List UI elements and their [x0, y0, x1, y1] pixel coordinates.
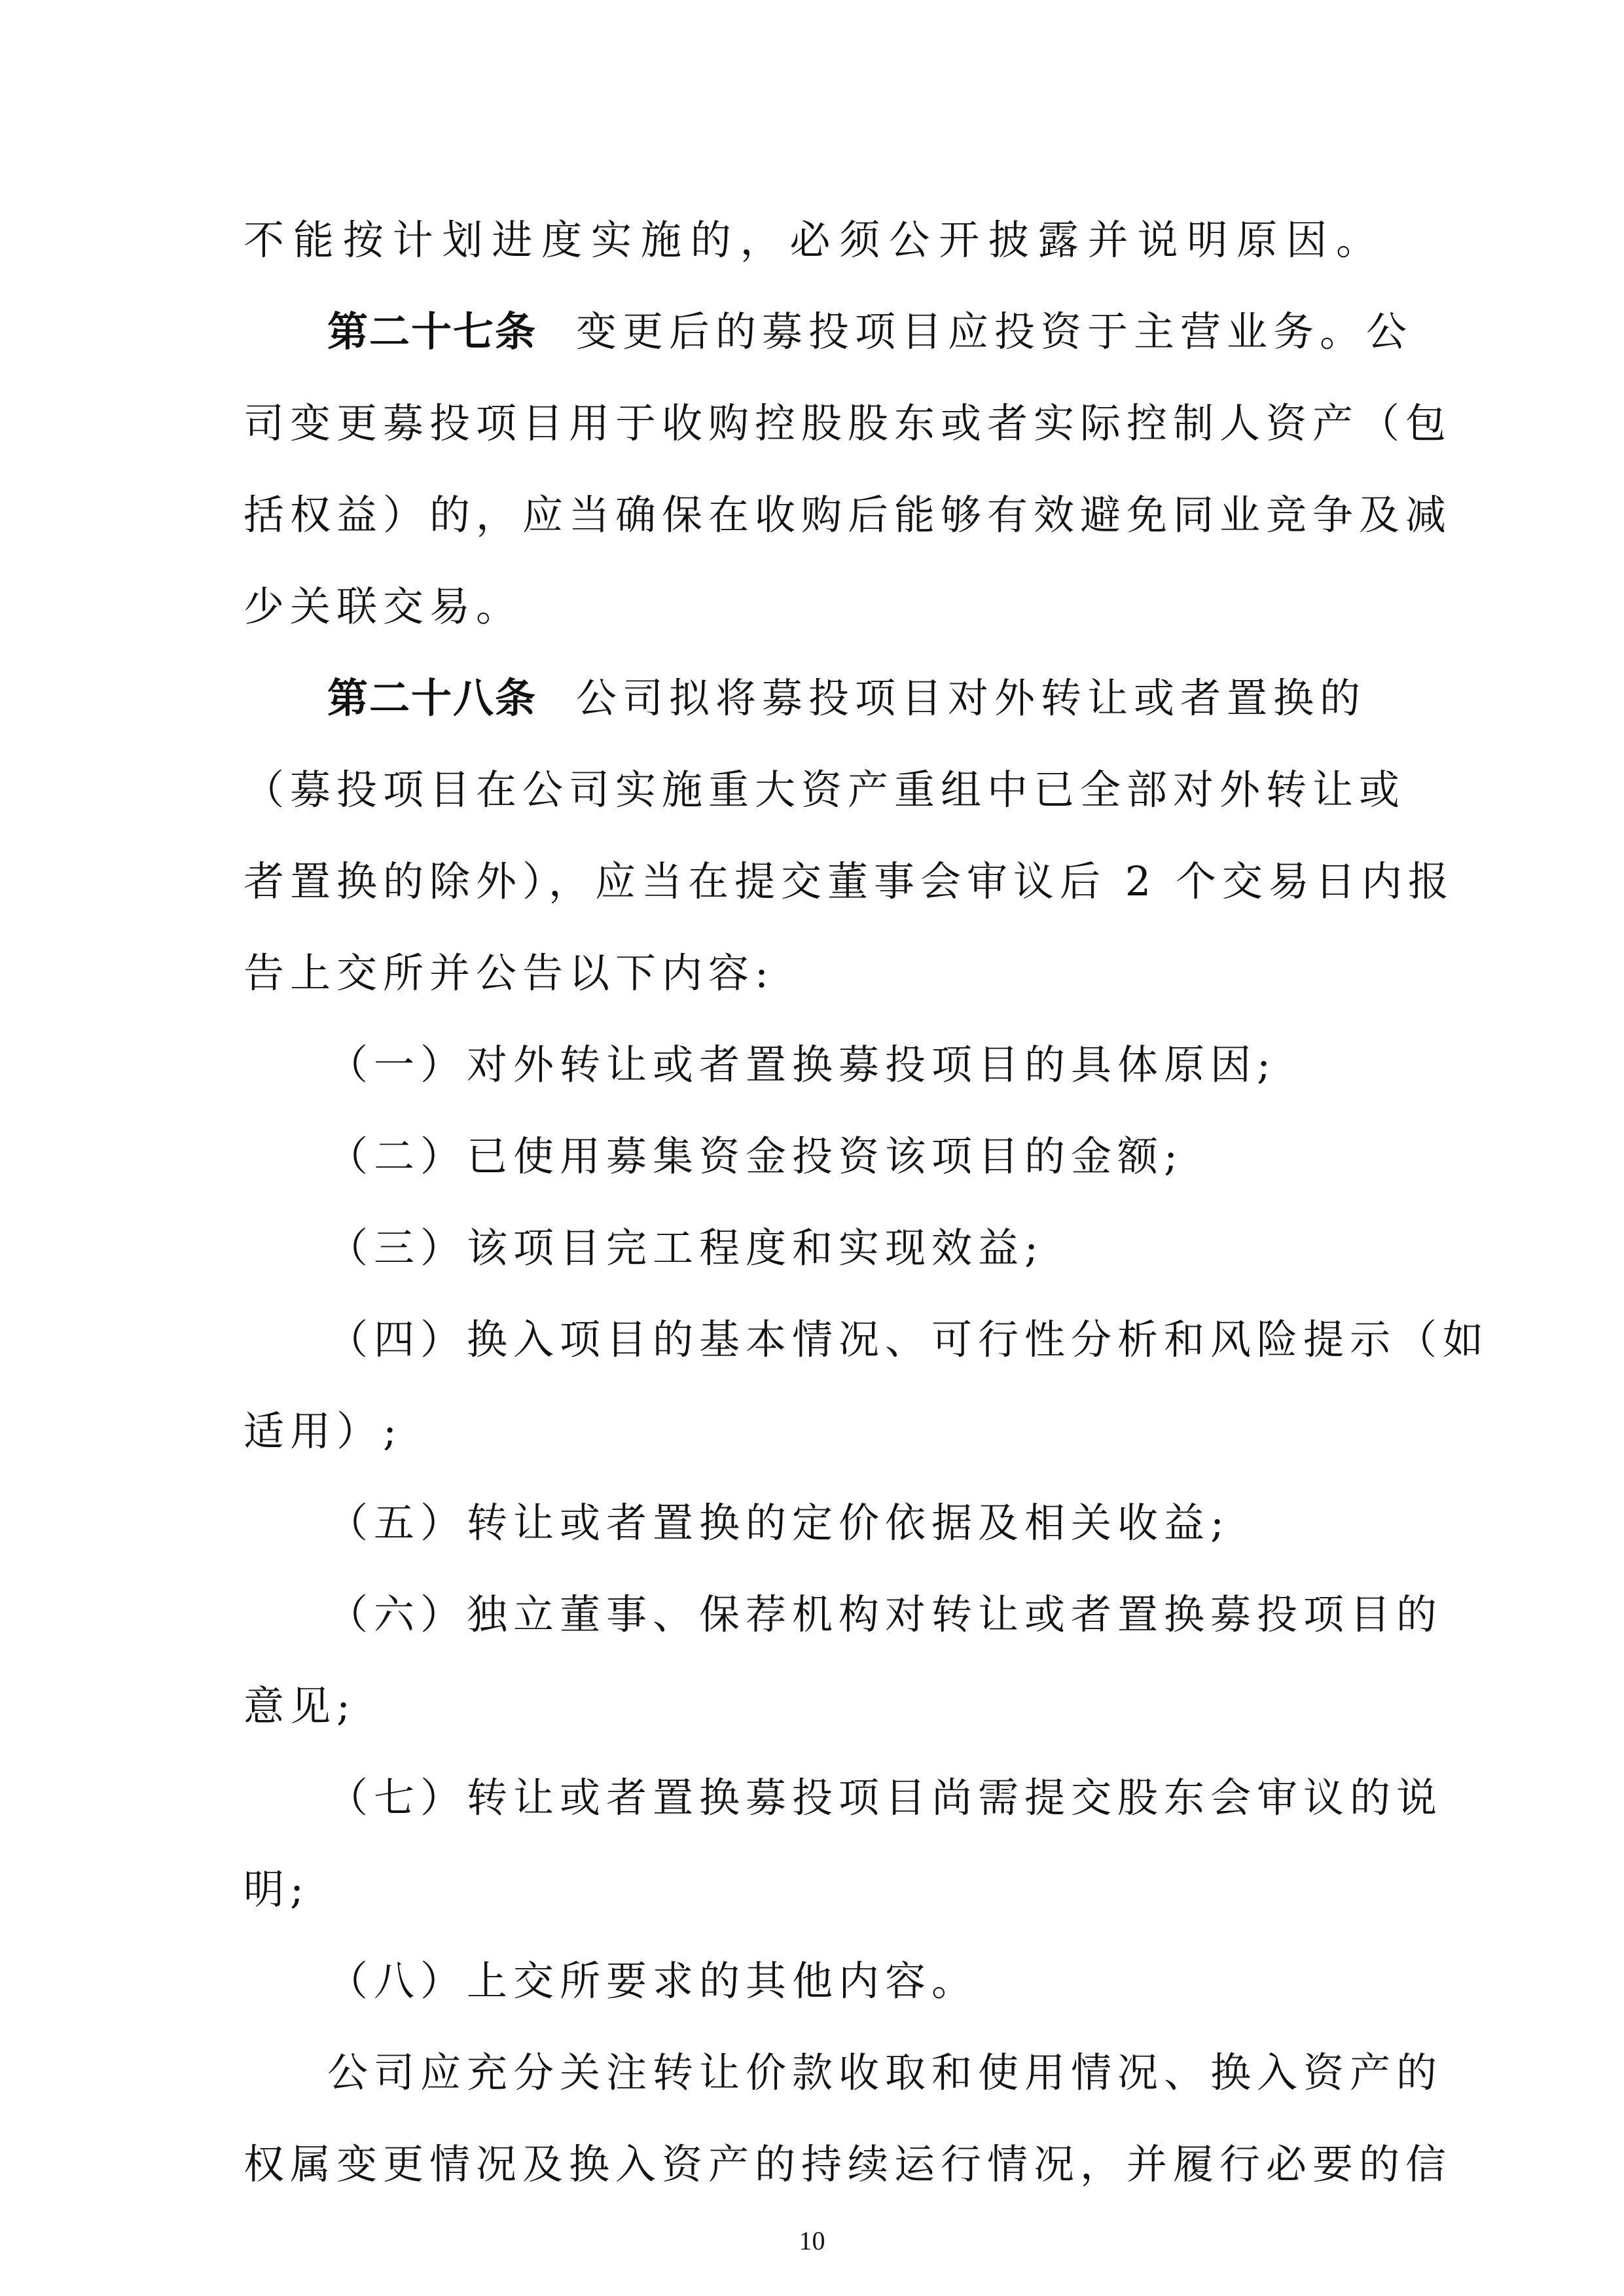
paragraph-line: 权属变更情况及换入资产的持续运行情况，并履行必要的信: [244, 2135, 1382, 2194]
list-item: （二）已使用募集资金投资该项目的金额;: [327, 1127, 1382, 1186]
page-number: 10: [0, 2225, 1624, 2256]
paragraph-text: 公司拟将募投项目对外转让或者置换的: [576, 674, 1366, 722]
list-item: （一）对外转让或者置换募投项目的具体原因;: [327, 1035, 1382, 1094]
list-item-continuation: 明;: [244, 1860, 1382, 1919]
article-28-first-line: 第二十八条公司拟将募投项目对外转让或者置换的: [327, 669, 1382, 728]
paragraph-line: 括权益）的，应当确保在收购后能够有效避免同业竞争及减: [244, 486, 1382, 545]
paragraph-line: 告上交所并公告以下内容:: [244, 944, 1382, 1003]
paragraph-line: 公司应充分关注转让价款收取和使用情况、换入资产的: [327, 2043, 1382, 2102]
paragraph-text: 变更后的募投项目应投资于主营业务。公: [576, 308, 1413, 355]
list-item: （五）转让或者置换的定价依据及相关收益;: [327, 1494, 1382, 1552]
article-27-first-line: 第二十七条变更后的募投项目应投资于主营业务。公: [327, 302, 1382, 361]
paragraph-line: （募投项目在公司实施重大资产重组中已全部对外转让或: [244, 761, 1382, 819]
paragraph-line: 不能按计划进度实施的，必须公开披露并说明原因。: [244, 211, 1382, 270]
list-item: （八）上交所要求的其他内容。: [327, 1952, 1382, 2011]
article-27-heading: 第二十七条: [327, 308, 537, 355]
list-item-continuation: 意见;: [244, 1677, 1382, 1736]
paragraph-line: 者置换的除外），应当在提交董事会审议后 2 个交易日内报: [244, 852, 1382, 911]
list-item: （六）独立董事、保荐机构对转让或者置换募投项目的: [327, 1585, 1382, 1644]
list-item: （三）该项目完工程度和实现效益;: [327, 1219, 1382, 1278]
document-page: 不能按计划进度实施的，必须公开披露并说明原因。 第二十七条变更后的募投项目应投资…: [0, 0, 1624, 2296]
article-28-heading: 第二十八条: [327, 674, 537, 722]
list-item: （七）转让或者置换募投项目尚需提交股东会审议的说: [327, 1768, 1382, 1827]
list-item-continuation: 适用）;: [244, 1402, 1382, 1461]
paragraph-line: 司变更募投项目用于收购控股股东或者实际控制人资产（包: [244, 394, 1382, 453]
list-item: （四）换入项目的基本情况、可行性分析和风险提示（如: [327, 1310, 1382, 1369]
paragraph-line: 少关联交易。: [244, 577, 1382, 636]
